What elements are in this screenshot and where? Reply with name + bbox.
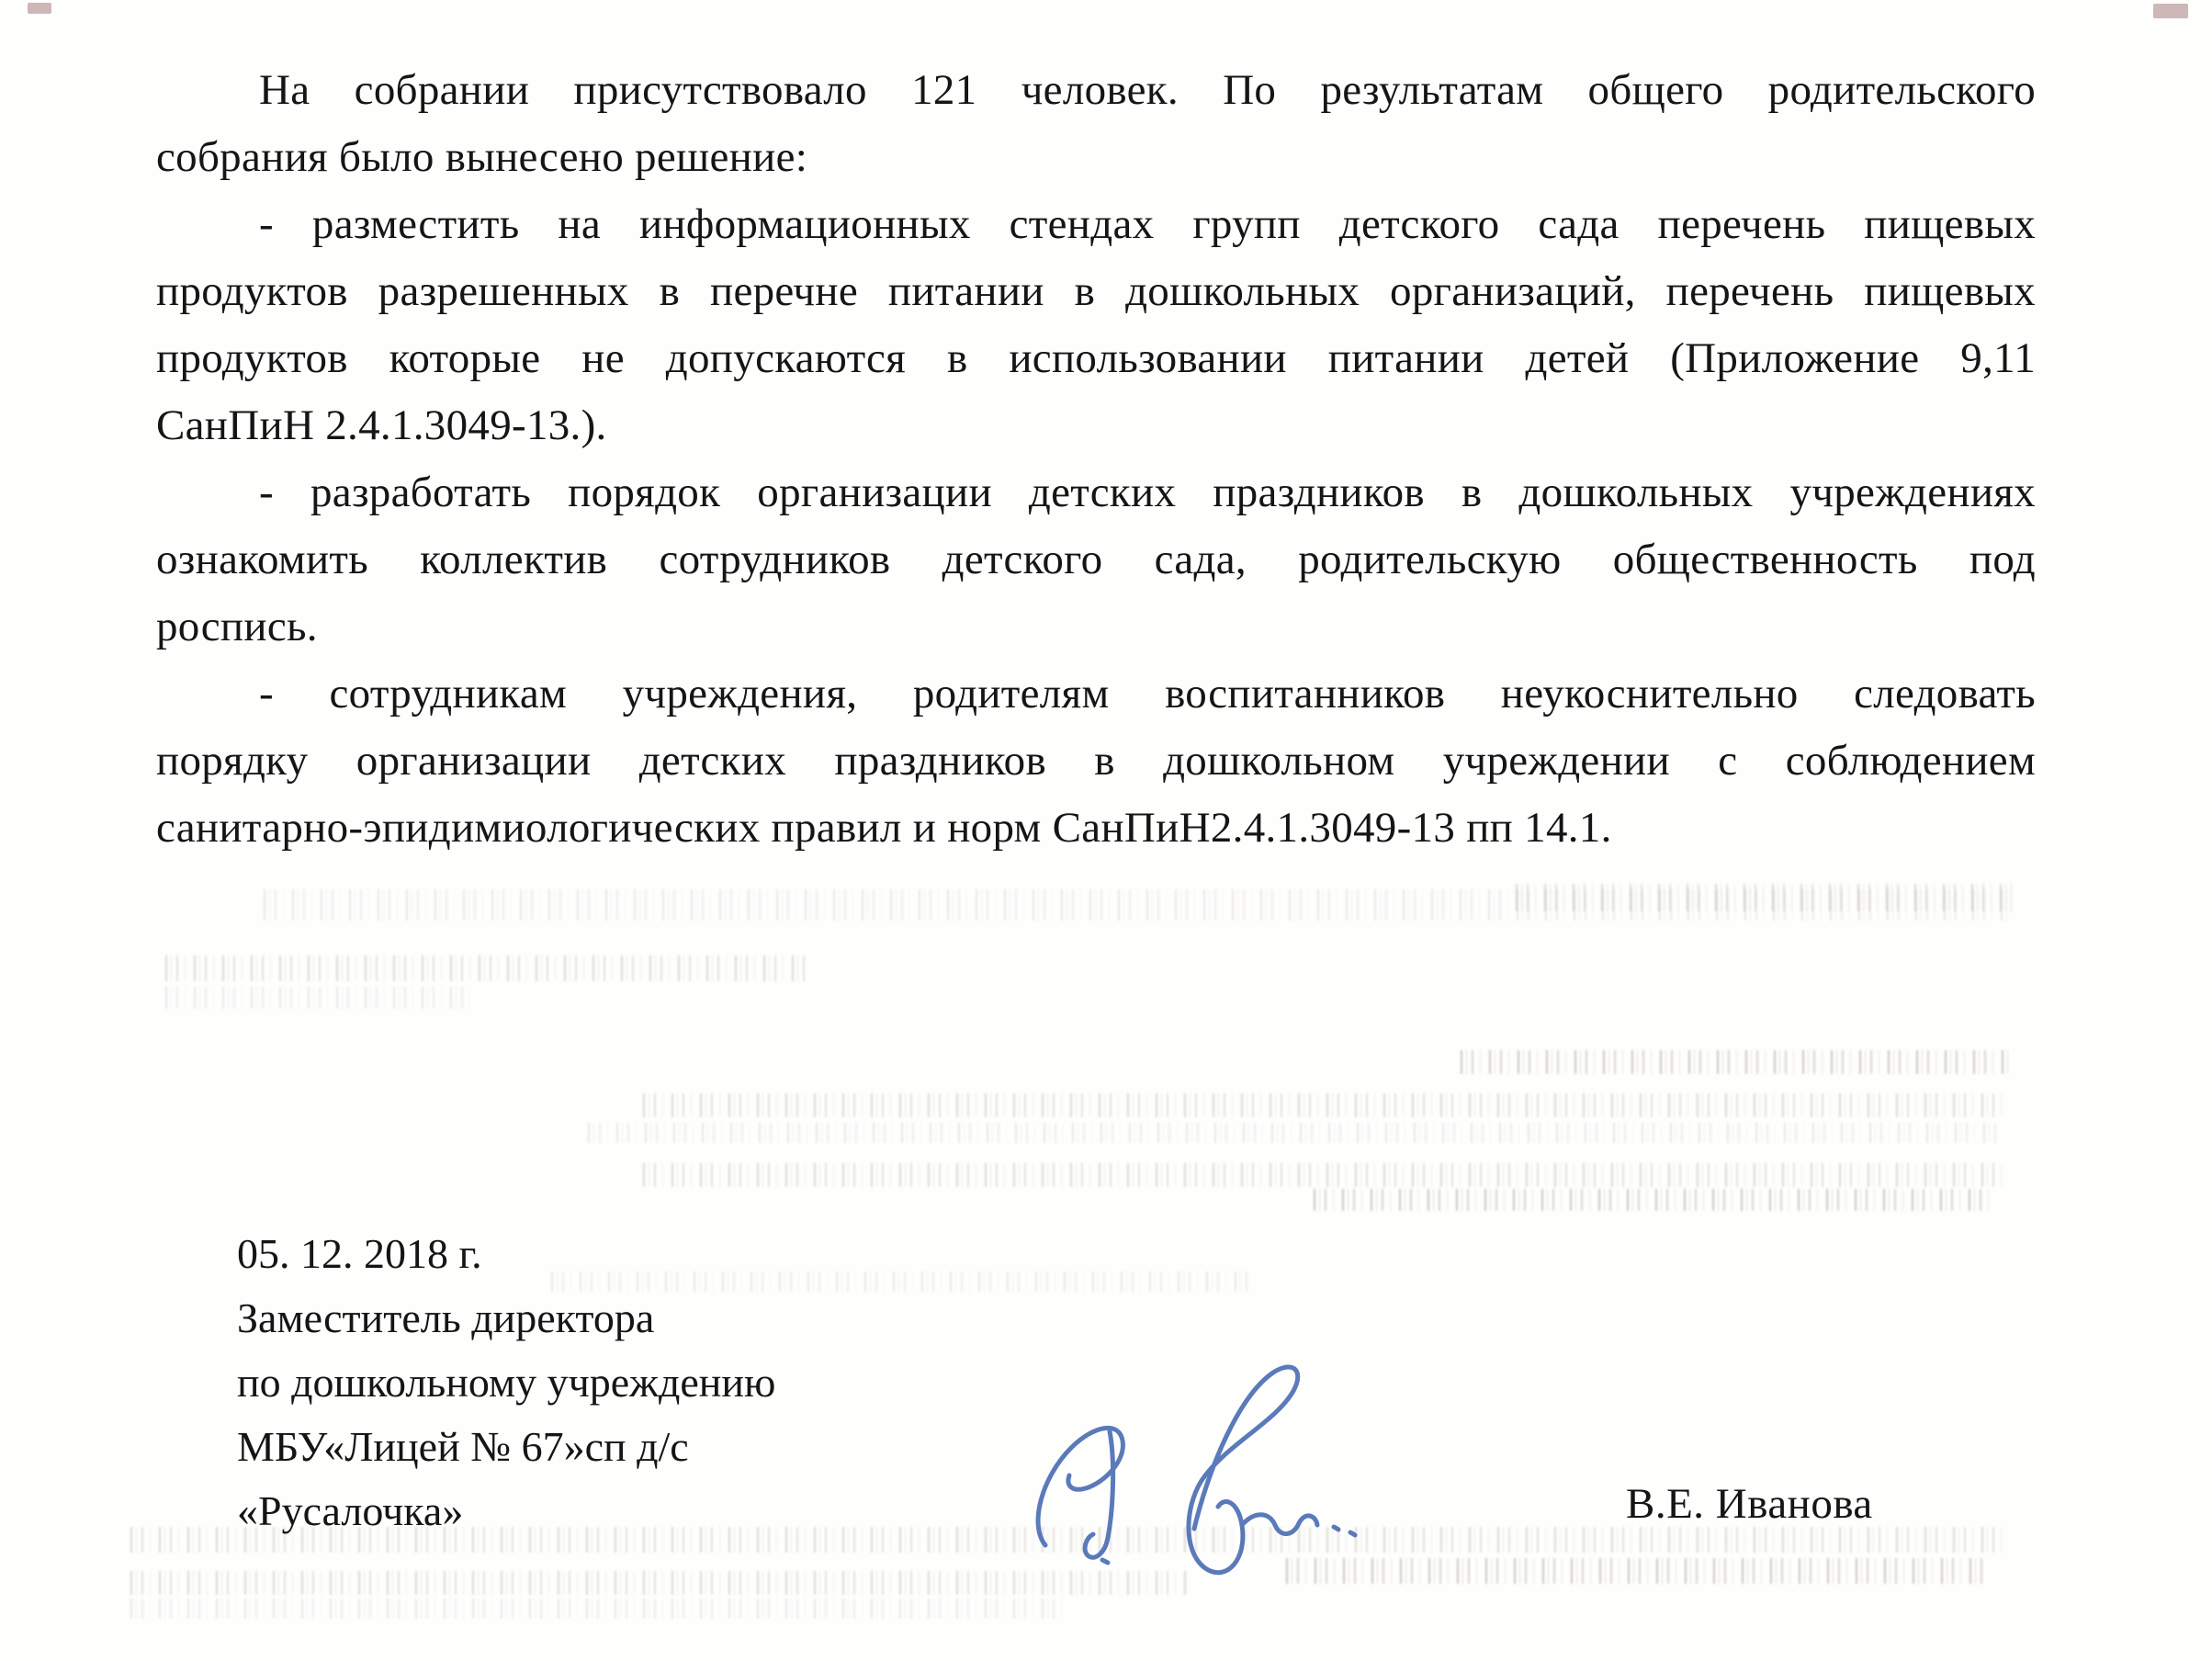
body-line: собрания было вынесено решение: (156, 124, 2036, 191)
scanned-document-page: На собрании присутствовало 121 человек. … (0, 0, 2212, 1661)
signer-position-line: по дошкольному учреждению (237, 1350, 775, 1415)
signer-name: В.Е. Иванова (1626, 1479, 1873, 1529)
bleedthrough-text-band (588, 1123, 2003, 1143)
handwritten-signature-ink (992, 1314, 1396, 1608)
date-line: 05. 12. 2018 г. (237, 1222, 775, 1286)
bleedthrough-text-band (1516, 884, 2012, 911)
organization-line: «Русалочка» (237, 1479, 775, 1543)
bleedthrough-text-band (130, 1599, 1067, 1619)
body-line: - разместить на информационных стендах г… (156, 191, 2036, 258)
body-line: продуктов разрешенных в перечне питании … (156, 258, 2036, 325)
organization-line: МБУ«Лицей № 67»сп д/с (237, 1415, 775, 1479)
bleedthrough-text-band (165, 987, 478, 1009)
bleedthrough-text-band (643, 1093, 2003, 1117)
scan-artifact (2153, 4, 2188, 18)
bleedthrough-text-band (643, 1163, 2003, 1187)
body-line: - сотрудникам учреждения, родителям восп… (156, 661, 2036, 728)
bleedthrough-text-band (1461, 1050, 2012, 1074)
bleedthrough-text-band (1314, 1189, 1993, 1211)
body-line: СанПиН 2.4.1.3049-13.). (156, 392, 2036, 459)
body-line: роспись. (156, 593, 2036, 661)
body-line: санитарно-эпидимиологических правил и но… (156, 795, 2036, 862)
body-line: продуктов которые не допускаются в испол… (156, 325, 2036, 392)
body-line: порядку организации детских праздников в… (156, 728, 2036, 795)
sign-block: 05. 12. 2018 г. Заместитель директора по… (237, 1222, 775, 1543)
body-line: На собрании присутствовало 121 человек. … (156, 57, 2036, 124)
bleedthrough-text-band (165, 955, 808, 981)
body-line: ознакомить коллектив сотрудников детског… (156, 526, 2036, 593)
signer-position-line: Заместитель директора (237, 1286, 775, 1350)
scan-artifact (28, 3, 51, 14)
body-line: - разработать порядок организации детски… (156, 459, 2036, 526)
document-body: На собрании присутствовало 121 человек. … (156, 57, 2036, 862)
